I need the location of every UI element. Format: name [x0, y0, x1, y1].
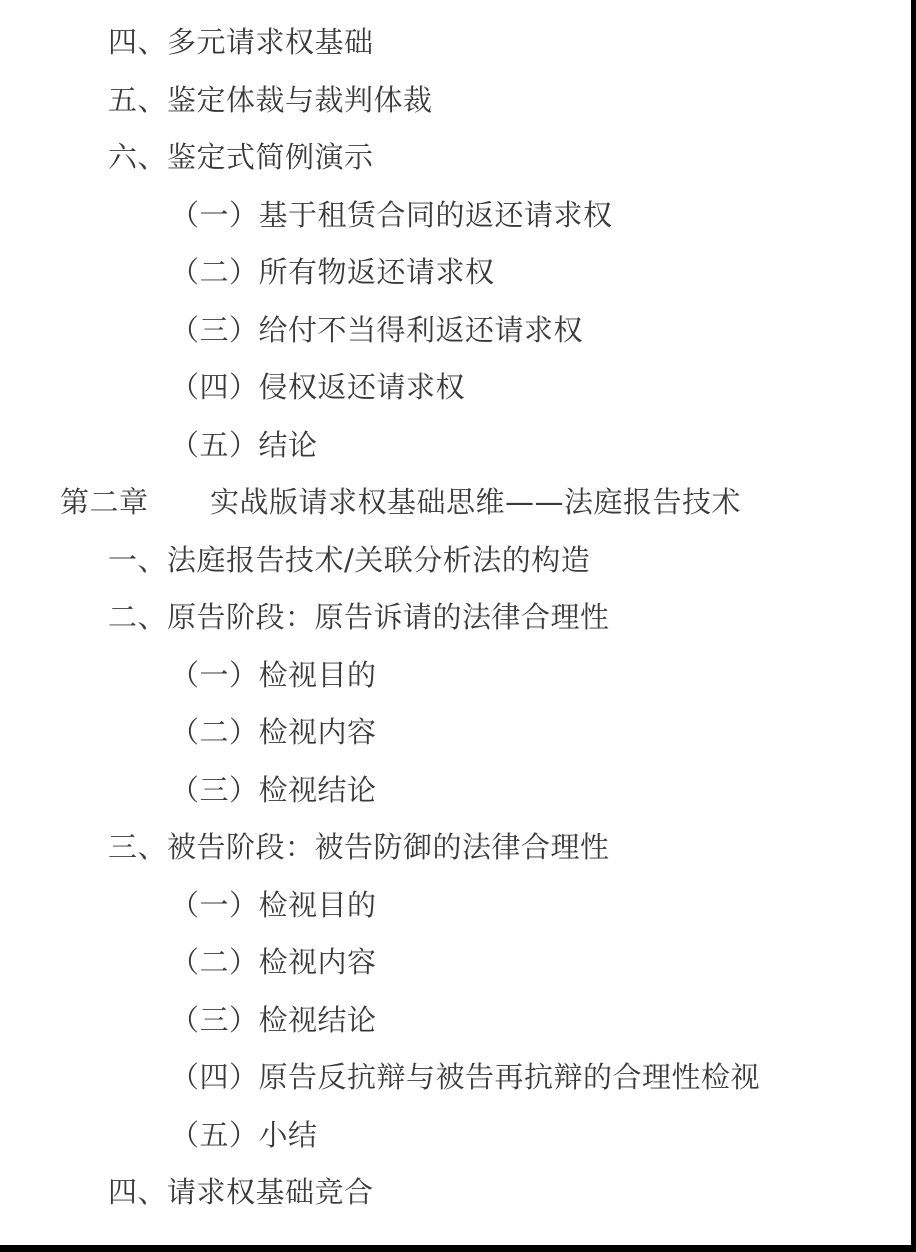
toc-section-multiple-claim-bases[interactable]: 四、多元请求权基础 [0, 14, 911, 72]
toc-subsection-unjust-enrichment-claim[interactable]: （三）给付不当得利返还请求权 [0, 302, 911, 360]
toc-entry-text: （二）检视内容 [170, 945, 377, 979]
toc-subsection-tort-return-claim[interactable]: （四）侵权返还请求权 [0, 359, 911, 417]
toc-subsection-plaintiff-content[interactable]: （二）检视内容 [0, 704, 911, 762]
toc-entry-text: 六、鉴定式简例演示 [108, 140, 374, 174]
toc-entry-text: 四、请求权基础竞合 [108, 1175, 374, 1209]
toc-subsection-defendant-purpose[interactable]: （一）检视目的 [0, 877, 911, 935]
toc-entry-text: （四）侵权返还请求权 [170, 370, 465, 404]
table-of-contents: 四、多元请求权基础 五、鉴定体裁与裁判体裁 六、鉴定式简例演示 （一）基于租赁合… [0, 14, 911, 1222]
toc-entry-text: 四、多元请求权基础 [108, 25, 374, 59]
document-page: 四、多元请求权基础 五、鉴定体裁与裁判体裁 六、鉴定式简例演示 （一）基于租赁合… [0, 0, 911, 1245]
toc-section-appraisal-examples[interactable]: 六、鉴定式简例演示 [0, 129, 911, 187]
toc-entry-text: （一）基于租赁合同的返还请求权 [170, 198, 613, 232]
toc-entry-text: （三）给付不当得利返还请求权 [170, 313, 583, 347]
toc-section-court-report-structure[interactable]: 一、法庭报告技术/关联分析法的构造 [0, 532, 911, 590]
toc-entry-text: （二）检视内容 [170, 715, 377, 749]
toc-subsection-defendant-content[interactable]: （二）检视内容 [0, 934, 911, 992]
toc-subsection-plaintiff-conclusion[interactable]: （三）检视结论 [0, 762, 911, 820]
toc-entry-text: （五）结论 [170, 428, 318, 462]
toc-subsection-rebuttal-review[interactable]: （四）原告反抗辩与被告再抗辩的合理性检视 [0, 1049, 911, 1107]
toc-chapter-2[interactable]: 第二章实战版请求权基础思维——法庭报告技术 [0, 474, 911, 532]
toc-entry-text: （四）原告反抗辩与被告再抗辩的合理性检视 [170, 1060, 760, 1094]
toc-section-defendant-stage[interactable]: 三、被告阶段：被告防御的法律合理性 [0, 819, 911, 877]
toc-subsection-plaintiff-purpose[interactable]: （一）检视目的 [0, 647, 911, 705]
chapter-title: 实战版请求权基础思维——法庭报告技术 [210, 485, 741, 519]
toc-entry-text: 一、法庭报告技术/关联分析法的构造 [108, 543, 590, 577]
toc-entry-text: （二）所有物返还请求权 [170, 255, 495, 289]
toc-entry-text: （三）检视结论 [170, 1003, 377, 1037]
chapter-number: 第二章 [60, 474, 210, 532]
toc-section-appraisal-vs-judgment-style[interactable]: 五、鉴定体裁与裁判体裁 [0, 72, 911, 130]
toc-subsection-defendant-conclusion[interactable]: （三）检视结论 [0, 992, 911, 1050]
toc-entry-text: （三）检视结论 [170, 773, 377, 807]
toc-section-plaintiff-stage[interactable]: 二、原告阶段：原告诉请的法律合理性 [0, 589, 911, 647]
toc-subsection-lease-return-claim[interactable]: （一）基于租赁合同的返还请求权 [0, 187, 911, 245]
toc-entry-text: （一）检视目的 [170, 658, 377, 692]
toc-subsection-owner-return-claim[interactable]: （二）所有物返还请求权 [0, 244, 911, 302]
toc-entry-text: （一）检视目的 [170, 888, 377, 922]
toc-entry-text: 二、原告阶段：原告诉请的法律合理性 [108, 600, 610, 634]
toc-entry-text: （五）小结 [170, 1118, 318, 1152]
toc-subsection-conclusion[interactable]: （五）结论 [0, 417, 911, 475]
toc-entry-text: 三、被告阶段：被告防御的法律合理性 [108, 830, 610, 864]
toc-section-claim-concurrence[interactable]: 四、请求权基础竞合 [0, 1164, 911, 1222]
toc-entry-text: 五、鉴定体裁与裁判体裁 [108, 83, 433, 117]
toc-subsection-summary[interactable]: （五）小结 [0, 1107, 911, 1165]
